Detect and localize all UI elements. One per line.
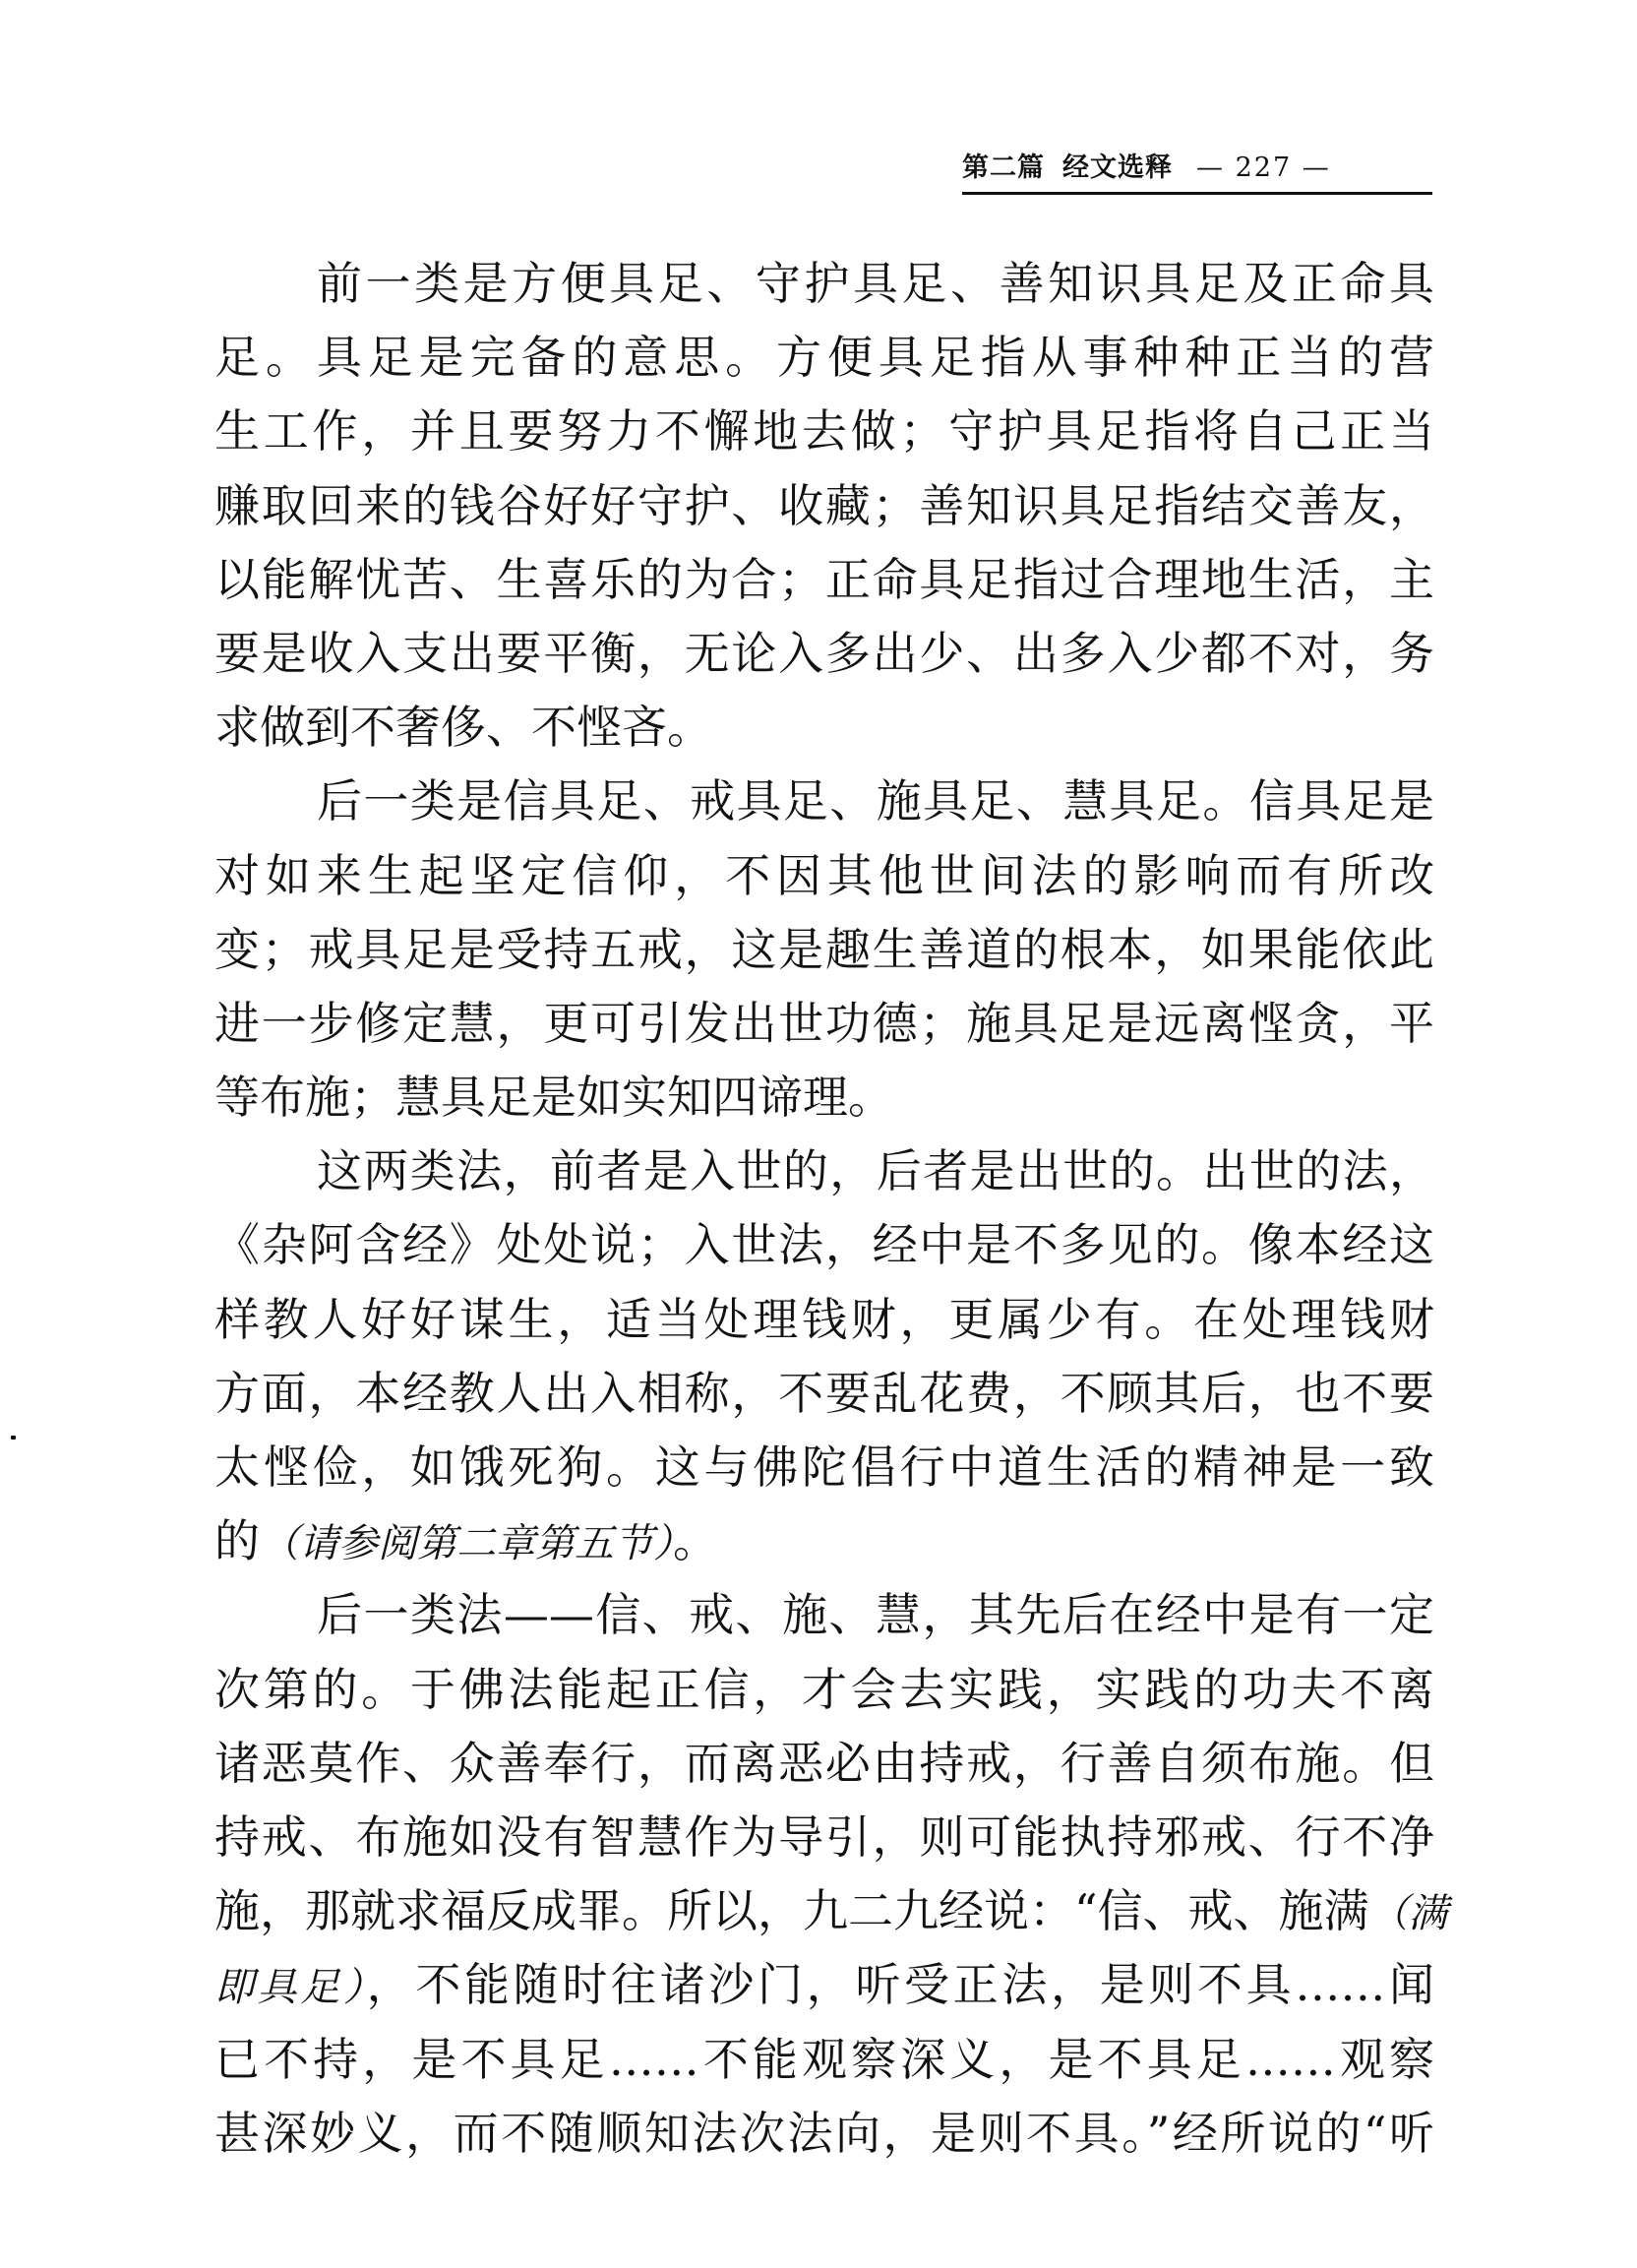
text-line: 样教人好好谋生，适当处理钱财，更属少有。在处理钱财 bbox=[214, 1289, 1434, 1363]
text-fragment: 的 bbox=[214, 1514, 260, 1567]
text-line: 变；戒具足是受持五戒，这是趣生善道的根本，如果能依此 bbox=[214, 919, 1434, 993]
text-line: 进一步修定慧，更可引发出世功德；施具足是远离悭贪，平 bbox=[214, 993, 1434, 1067]
header-rule bbox=[962, 192, 1432, 195]
text-line: 已不持，是不具足……不能观察深义，是不具足……观察 bbox=[214, 2029, 1434, 2103]
running-head: 第二篇经文选释— 227 — bbox=[962, 150, 1434, 189]
scan-speck bbox=[11, 1436, 16, 1440]
text-line: 甚深妙义，而不随顺知法次法向，是则不具。”经所说的“听 bbox=[214, 2103, 1434, 2176]
page-number: — 227 — bbox=[1196, 150, 1331, 187]
inline-note: （满 bbox=[1369, 1891, 1448, 1936]
text-line: 后一类法——信、戒、施、慧，其先后在经中是有一定 bbox=[214, 1584, 1434, 1658]
text-line: 方面，本经教人出入相称，不要乱花费，不顾其后，也不要 bbox=[214, 1363, 1434, 1437]
text-line: 前一类是方便具足、守护具足、善知识具足及正命具 bbox=[214, 253, 1434, 327]
inline-note: 即具足） bbox=[214, 1965, 367, 2010]
text-fragment: 施，那就求福反成罪。所以，九二九经说：“信、戒、施满 bbox=[214, 1884, 1369, 1937]
text-line: 赚取回来的钱谷好好守护、收藏；善知识具足指结交善友， bbox=[214, 475, 1434, 549]
text-line: 持戒、布施如没有智慧作为导引，则可能执持邪戒、行不净 bbox=[214, 1807, 1434, 1880]
text-line: 要是收入支出要平衡，无论入多出少、出多入少都不对，务 bbox=[214, 623, 1434, 697]
text-line: 以能解忧苦、生喜乐的为合；正命具足指过合理地生活，主 bbox=[214, 549, 1434, 623]
text-line: 施，那就求福反成罪。所以，九二九经说：“信、戒、施满（满 bbox=[214, 1880, 1434, 1954]
text-line: 太悭俭，如饿死狗。这与佛陀倡行中道生活的精神是一致 bbox=[214, 1437, 1434, 1510]
text-line: 足。具足是完备的意思。方便具足指从事种种正当的营 bbox=[214, 327, 1434, 400]
text-line: 这两类法，前者是入世的，后者是出世的。出世的法， bbox=[214, 1140, 1434, 1214]
running-head-chapter: 第二篇 bbox=[962, 150, 1045, 187]
text-line: 后一类是信具足、戒具足、施具足、慧具足。信具足是 bbox=[214, 770, 1434, 844]
text-line: 《杂阿含经》处处说；入世法，经中是不多见的。像本经这 bbox=[214, 1214, 1434, 1288]
text-line: 即具足），不能随时往诸沙门，听受正法，是则不具……闻 bbox=[214, 1954, 1434, 2028]
running-head-section: 经文选释 bbox=[1062, 150, 1173, 187]
text-line: 对如来生起坚定信仰，不因其他世间法的影响而有所改 bbox=[214, 845, 1434, 919]
text-line: 诸恶莫作、众善奉行，而离恶必由持戒，行善自须布施。但 bbox=[214, 1733, 1434, 1807]
text-line: 的（请参阅第二章第五节）。 bbox=[214, 1510, 1434, 1584]
text-fragment: ，不能随时往诸沙门，听受正法，是则不具……闻 bbox=[367, 1958, 1434, 2011]
cross-reference-note: （请参阅第二章第五节） bbox=[260, 1521, 673, 1566]
text-line: 生工作，并且要努力不懈地去做；守护具足指将自己正当 bbox=[214, 400, 1434, 474]
text-line: 等布施；慧具足是如实知四谛理。 bbox=[214, 1067, 1434, 1140]
body-text: 前一类是方便具足、守护具足、善知识具足及正命具 足。具足是完备的意思。方便具足指… bbox=[214, 253, 1434, 2176]
text-line: 次第的。于佛法能起正信，才会去实践，实践的功夫不离 bbox=[214, 1659, 1434, 1733]
text-line: 求做到不奢侈、不悭吝。 bbox=[214, 697, 1434, 770]
text-fragment: 。 bbox=[673, 1514, 718, 1567]
